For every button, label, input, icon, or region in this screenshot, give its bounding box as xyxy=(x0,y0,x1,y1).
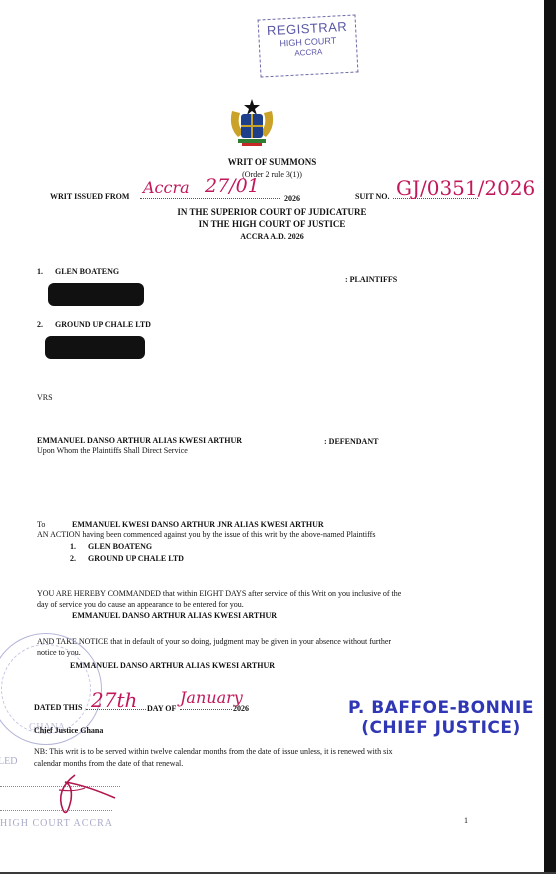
day-of-label: DAY OF xyxy=(147,704,176,713)
day-handwritten: 27th xyxy=(91,688,137,712)
redacted-address xyxy=(45,336,145,359)
document-page: REGISTRAR HIGH COURT ACCRA WRIT OF SUMMO… xyxy=(0,0,544,872)
coat-of-arms-icon xyxy=(226,97,278,149)
plaintiff-1-name: GLEN BOATENG xyxy=(55,267,119,276)
command-name: EMMANUEL DANSO ARTHUR ALIAS KWESI ARTHUR xyxy=(72,611,277,620)
versus-label: VRS xyxy=(37,393,53,402)
notice-name: EMMANUEL DANSO ARTHUR ALIAS KWESI ARTHUR xyxy=(70,661,275,670)
action-text: AN ACTION having been commenced against … xyxy=(37,530,375,539)
plaintiffs-role: : PLAINTIFFS xyxy=(345,275,397,284)
dated-label: DATED THIS xyxy=(34,703,82,712)
action-list-1-name: GLEN BOATENG xyxy=(88,542,152,551)
signatory-title: Chief Justice Ghana xyxy=(34,726,103,735)
chief-justice-stamp-line1: P. BAFFOE-BONNIE xyxy=(348,698,534,718)
chief-justice-stamp-line2: (CHIEF JUSTICE) xyxy=(348,718,534,738)
issued-place-handwritten: Accra xyxy=(143,178,190,197)
plaintiff-2-name: GROUND UP CHALE LTD xyxy=(55,320,151,329)
signature-icon xyxy=(45,770,125,820)
registrar-stamp: REGISTRAR HIGH COURT ACCRA xyxy=(258,14,359,77)
suit-number-handwritten: GJ/0351/2026 xyxy=(396,176,535,200)
plaintiff-1-number: 1. xyxy=(37,267,43,276)
issued-year: 2026 xyxy=(284,194,300,203)
to-label: To xyxy=(37,520,45,529)
issued-dotted-line xyxy=(140,198,280,199)
chief-justice-stamp: P. BAFFOE-BONNIE (CHIEF JUSTICE) xyxy=(348,698,534,738)
writ-issued-label: WRIT ISSUED FROM xyxy=(50,192,129,201)
to-name: EMMANUEL KWESI DANSO ARTHUR JNR ALIAS KW… xyxy=(72,520,324,529)
nb-line2: calendar months from the date of that re… xyxy=(34,759,183,768)
dated-year: 2026 xyxy=(233,704,249,713)
action-list-1-number: 1. xyxy=(70,542,76,551)
command-line1: YOU ARE HEREBY COMMANDED that within EIG… xyxy=(37,589,401,598)
faint-stamp-fragment: LED xyxy=(0,756,17,767)
issued-date-handwritten: 27/01 xyxy=(205,175,260,197)
service-note: Upon Whom the Plaintiffs Shall Direct Se… xyxy=(37,446,188,455)
action-list-2-number: 2. xyxy=(70,554,76,563)
faint-court-stamp: HIGH COURT ACCRA xyxy=(0,818,113,829)
month-dotted-line xyxy=(180,709,232,710)
notice-line1: AND TAKE NOTICE that in default of your … xyxy=(37,637,391,646)
defendant-role: : DEFENDANT xyxy=(324,437,378,446)
nb-line1: NB: This writ is to be served within twe… xyxy=(34,747,392,756)
command-line2: day of service you do cause an appearanc… xyxy=(37,600,244,609)
suit-number-label: SUIT NO. xyxy=(355,192,390,201)
redacted-address xyxy=(48,283,144,306)
court-line2: IN THE HIGH COURT OF JUSTICE xyxy=(0,219,544,229)
document-title: WRIT OF SUMMONS xyxy=(0,157,544,167)
page-number: 1 xyxy=(464,816,468,825)
plaintiff-2-number: 2. xyxy=(37,320,43,329)
action-list-2-name: GROUND UP CHALE LTD xyxy=(88,554,184,563)
court-line1: IN THE SUPERIOR COURT OF JUDICATURE xyxy=(0,207,544,217)
court-line3: ACCRA A.D. 2026 xyxy=(0,232,544,241)
defendant-name: EMMANUEL DANSO ARTHUR ALIAS KWESI ARTHUR xyxy=(37,436,242,445)
